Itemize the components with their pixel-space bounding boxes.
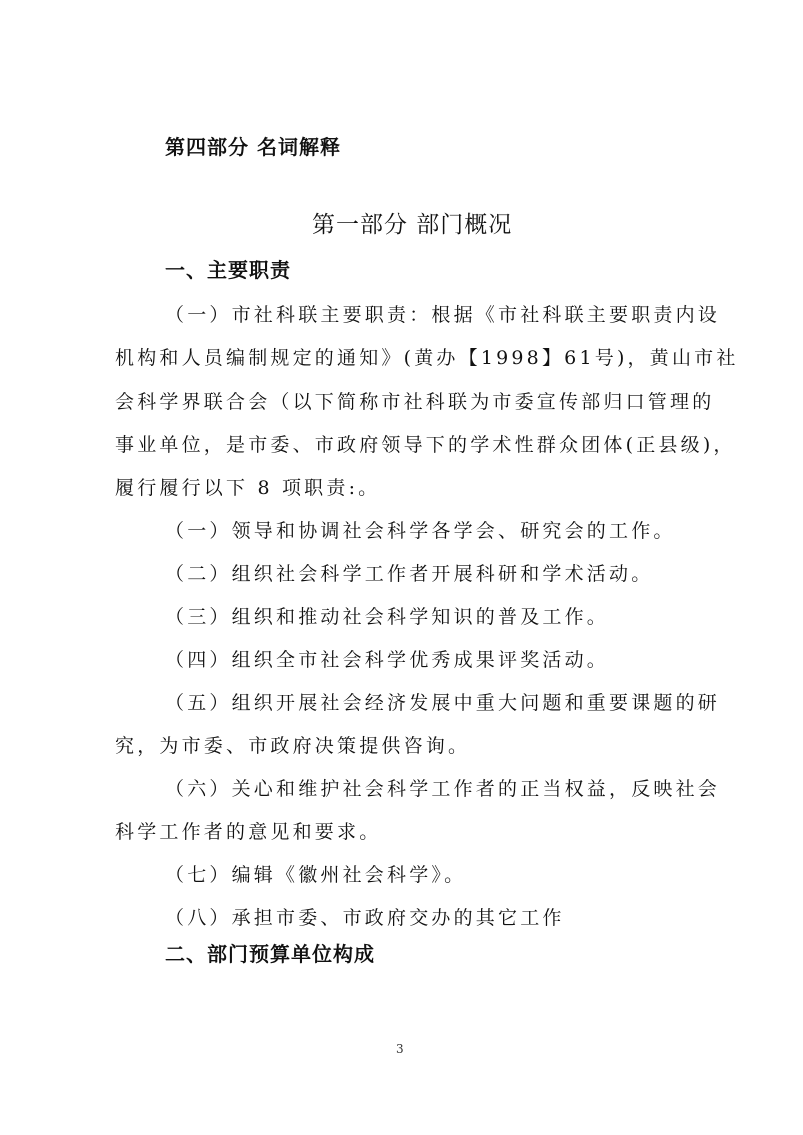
duty-1: （一）领导和协调社会科学各学会、研究会的工作。 (165, 518, 676, 544)
duty-8: （八）承担市委、市政府交办的其它工作 (165, 905, 565, 931)
duty-5-line-2: 究，为市委、市政府决策提供咨询。 (115, 733, 470, 759)
intro-line-3: 会科学界联合会（以下简称市社科联为市委宣传部归口管理的 (115, 389, 714, 415)
duty-7: （七）编辑《徽州社会科学》。 (165, 862, 466, 888)
intro-line-1: （一）市社科联主要职责：根据《市社科联主要职责内设 (165, 302, 720, 328)
part-one-title: 第一部分 部门概况 (312, 206, 512, 239)
section-two-heading: 二、部门预算单位构成 (165, 938, 375, 967)
page-number: 3 (396, 1042, 404, 1056)
part-four-heading: 第四部分 名词解释 (165, 131, 341, 160)
duty-2: （二）组织社会科学工作者开展科研和学术活动。 (165, 561, 653, 587)
duty-3: （三）组织和推动社会科学知识的普及工作。 (165, 604, 609, 630)
intro-line-5: 履行履行以下 8 项职责:。 (115, 475, 380, 501)
section-one-heading: 一、主要职责 (165, 254, 291, 283)
duty-5-line-1: （五）组织开展社会经济发展中重大问题和重要课题的研 (165, 690, 720, 716)
intro-line-2: 机构和人员编制规定的通知》(黄办【1998】61号)，黄山市社 (115, 345, 739, 371)
duty-6-line-1: （六）关心和维护社会科学工作者的正当权益，反映社会 (165, 776, 720, 802)
duty-4: （四）组织全市社会科学优秀成果评奖活动。 (165, 647, 609, 673)
duty-6-line-2: 科学工作者的意见和要求。 (115, 819, 381, 845)
intro-line-4: 事业单位，是市委、市政府领导下的学术性群众团体(正县级)， (115, 432, 736, 458)
